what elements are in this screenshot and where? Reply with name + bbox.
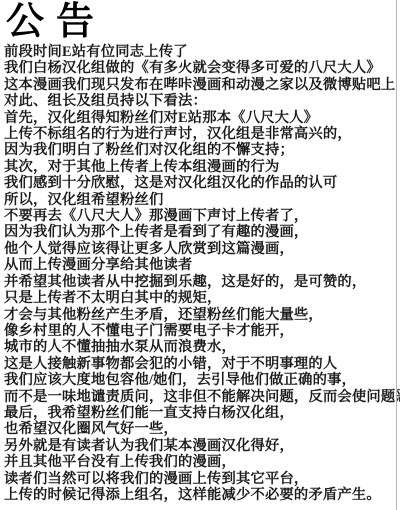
announcement-line: 另外就是有读者认为我们某本漫画汉化得好，	[4, 438, 398, 454]
announcement-line: 读者们当然可以将我们的漫画上传到其它平台，	[4, 471, 398, 487]
announcement-line: 而不是一味地谴责质问，这非但不能解决问题，反而会使问题恶劣化。	[4, 389, 398, 405]
announcement-line: 并且其他平台没有上传我们的漫画，	[4, 454, 398, 470]
page-title: 公告	[0, 0, 400, 42]
announcement-line: 像乡村里的人不懂电子门需要电子卡才能开，	[4, 323, 398, 339]
announcement-line: 所以，汉化组希望粉丝们	[4, 192, 398, 208]
announcement-line: 不要再去《八尺大人》那漫画下声讨上传者了，	[4, 208, 398, 224]
announcement-line: 最后，我希望粉丝们能一直支持白杨汉化组，	[4, 405, 398, 421]
announcement-line: 城市的人不懂抽抽水泵从而浪费水，	[4, 339, 398, 355]
announcement-line: 因为我们认为那个上传者是看到了有趣的漫画，	[4, 224, 398, 240]
announcement-line: 首先，汉化组得知粉丝们对E站那本《八尺大人》	[4, 110, 398, 126]
announcement-line: 我们白杨汉化组做的《有多火就会变得多可爱的八尺大人》	[4, 60, 398, 76]
announcement-line: 才会与其他粉丝产生矛盾，还望粉丝们能大量些，	[4, 307, 398, 323]
announcement-line: 对此、组长及组员持以下看法：	[4, 93, 398, 109]
announcement-line: 前段时间E站有位同志上传了	[4, 44, 398, 60]
announcement-line: 这是人接触新事物都会犯的小错，对于不明事理的人	[4, 356, 398, 372]
announcement-page: 公告 前段时间E站有位同志上传了 我们白杨汉化组做的《有多火就会变得多可爱的八尺…	[0, 0, 400, 510]
page-edge-line	[396, 0, 397, 510]
announcement-line: 这本漫画我们现只发布在哔咔漫画和动漫之家以及微博贴吧上	[4, 77, 398, 93]
announcement-line: 上传的时候记得添上组名，这样能减少不必要的矛盾产生。	[4, 487, 398, 503]
announcement-line: 只是上传者不太明白其中的规矩，	[4, 290, 398, 306]
announcement-line: 我们感到十分欣慰，这是对汉化组汉化的作品的认可	[4, 175, 398, 191]
announcement-body: 前段时间E站有位同志上传了 我们白杨汉化组做的《有多火就会变得多可爱的八尺大人》…	[0, 42, 400, 503]
announcement-line: 上传不标组名的行为进行声讨，汉化组是非常高兴的，	[4, 126, 398, 142]
announcement-line: 因为我们明白了粉丝们对汉化组的不懈支持；	[4, 142, 398, 158]
announcement-line: 其次，对于其他上传者上传本组漫画的行为	[4, 159, 398, 175]
announcement-line: 从而上传漫画分享给其他读者	[4, 257, 398, 273]
announcement-line: 我们应该大度地包容他/她们，去引导他们做正确的事，	[4, 372, 398, 388]
announcement-line: 也希望汉化圈风气好一些，	[4, 421, 398, 437]
announcement-line: 他个人觉得应该得让更多人欣赏到这篇漫画，	[4, 241, 398, 257]
announcement-line: 并希望其他读者从中挖掘到乐趣，这是好的，是可赞的，	[4, 274, 398, 290]
